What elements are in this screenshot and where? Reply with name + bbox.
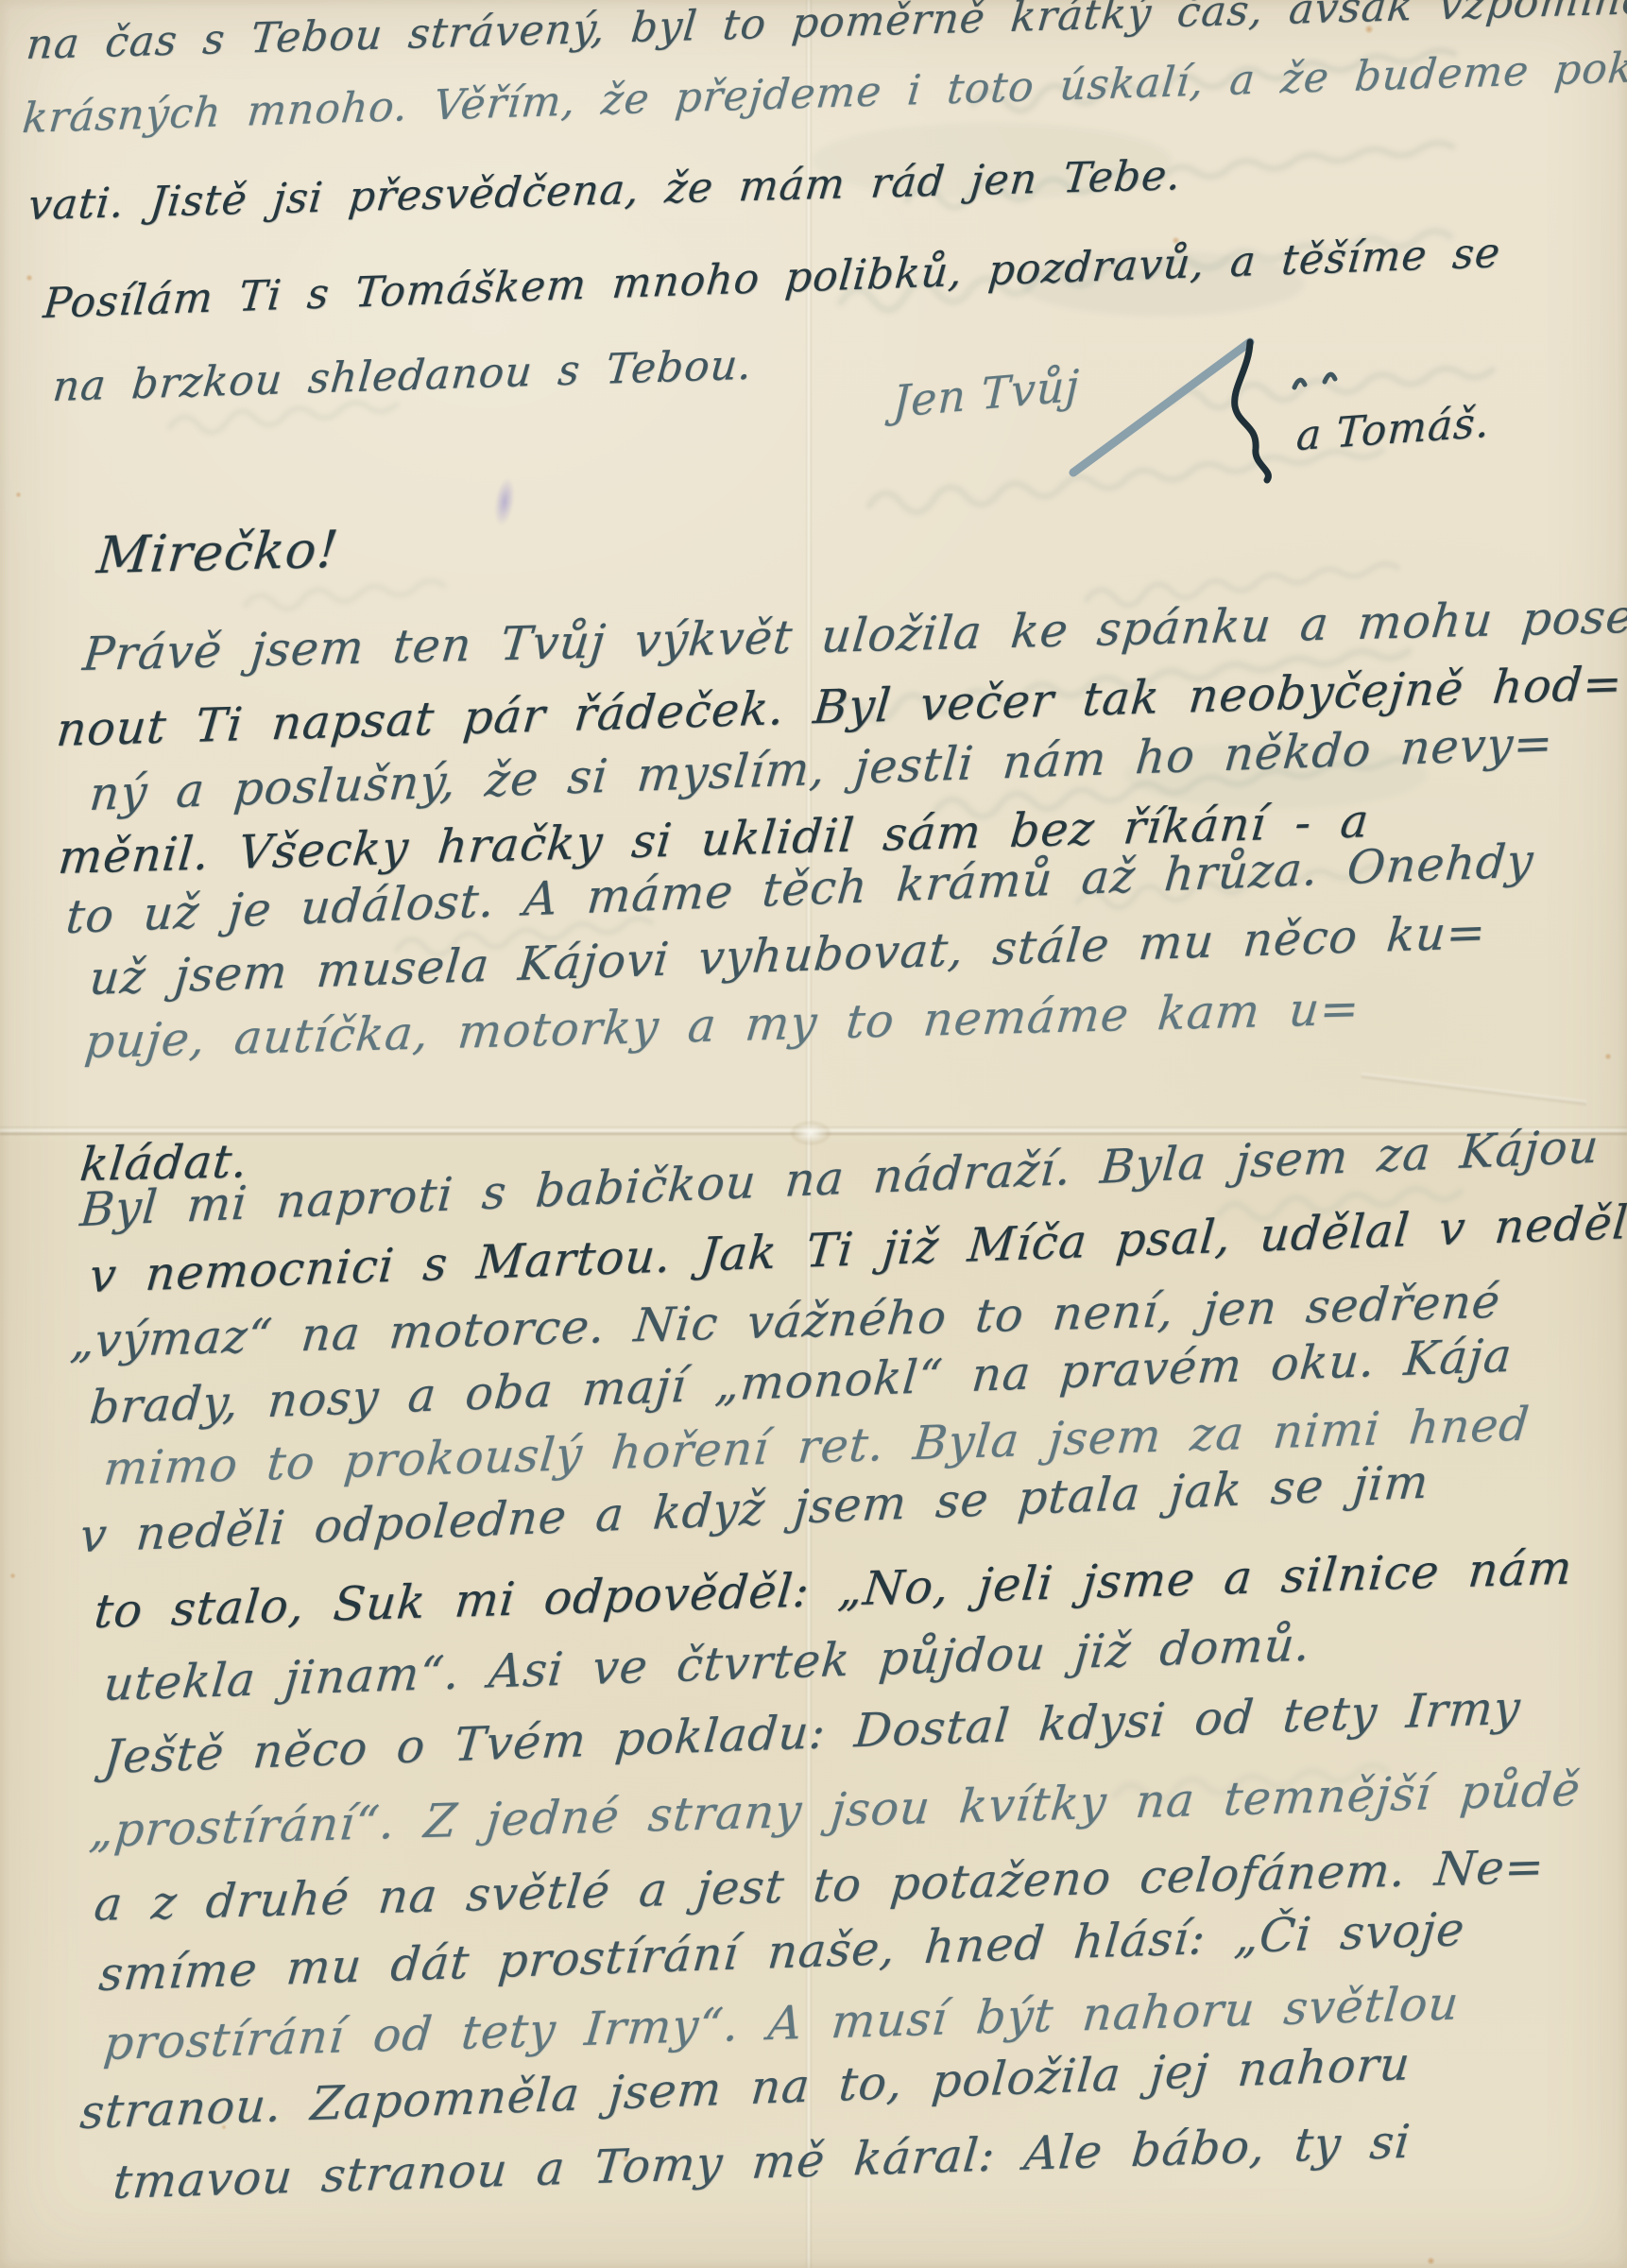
blue-ink-smudge [491, 476, 518, 527]
signature-prefix: Jen Tvůj [892, 360, 1081, 428]
foxing-spot [9, 1572, 16, 1579]
handwriting-line: Posílám Ti s Tomáškem mnoho polibků, poz… [42, 229, 1503, 328]
handwriting-line: to stalo, Suk mi odpověděl: „No, jeli js… [92, 1540, 1575, 1639]
fold-intersection-pucker [790, 1121, 831, 1145]
handwriting-line: na brzkou shledanou s Tebou. [51, 341, 755, 411]
foxing-spot [1427, 2257, 1435, 2265]
foxing-spot [15, 491, 22, 498]
foxing-spot [1604, 1053, 1612, 1060]
salutation: Mirečko! [94, 519, 342, 585]
diagonal-wrinkle [1362, 1073, 1587, 1105]
letter-page: na čas s Tebou strávený, byl to poměrně … [0, 0, 1627, 2268]
foxing-spot [26, 274, 33, 282]
handwriting-line: vati. Jistě jsi přesvědčena, že mám rád … [26, 151, 1184, 230]
